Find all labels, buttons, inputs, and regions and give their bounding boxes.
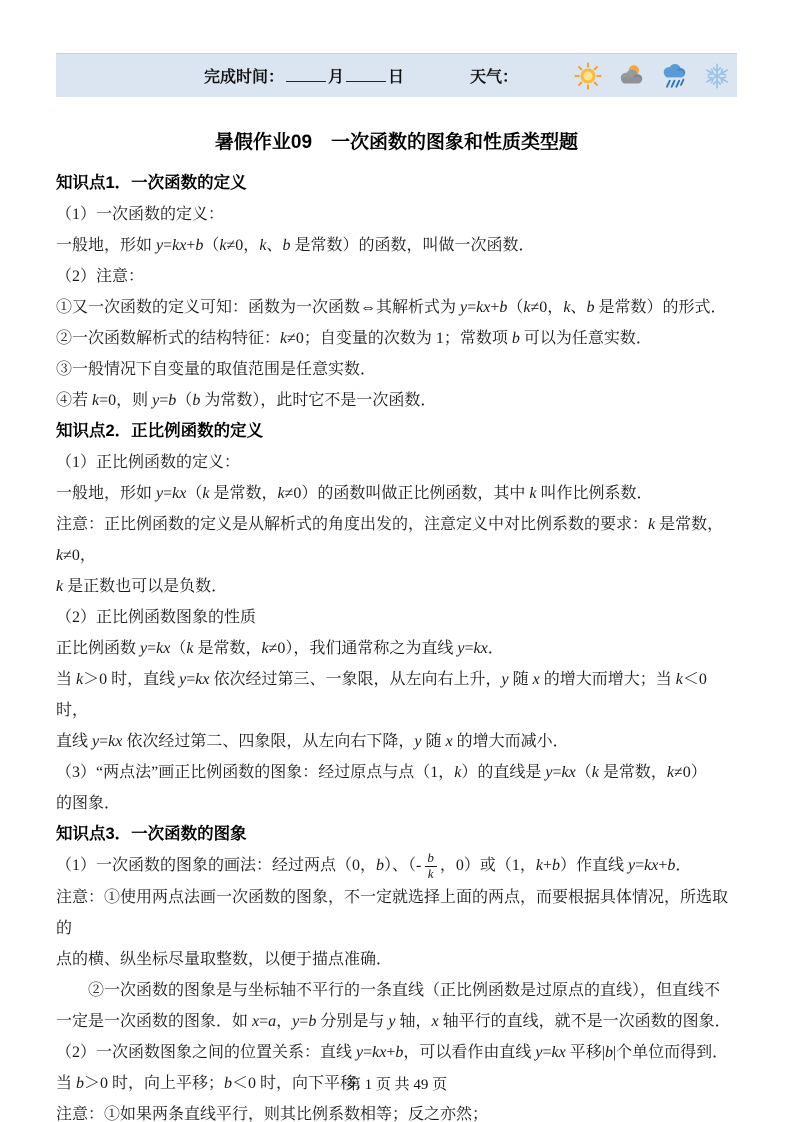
section-heading: 知识点1．一次函数的定义 [56, 168, 737, 199]
sun-icon [573, 61, 603, 91]
paragraph: 一般地，形如 y=kx+b（k≠0，k、b 是常数）的函数，叫做一次函数． [56, 230, 737, 261]
paragraph: （2）正比例函数图象的性质 [56, 602, 737, 633]
paragraph: （1）一次函数的图象的画法：经过两点（0，b）、（-bk，0）或（1，k+b）作… [56, 850, 737, 882]
header-bar: 完成时间： 月 日 天气： [56, 53, 737, 97]
paragraph: 的图象． [56, 788, 737, 819]
worksheet-page: 完成时间： 月 日 天气： [0, 0, 793, 1122]
paragraph: 正比例函数 y=kx（k 是常数，k≠0），我们通常称之为直线 y=kx． [56, 633, 737, 664]
day-label: 日 [388, 64, 404, 87]
paragraph: 注意：正比例函数的定义是从解析式的角度出发的，注意定义中对比例系数的要求：k 是… [56, 509, 737, 571]
paragraph: k 是正数也可以是负数． [56, 571, 737, 602]
paragraph: 一般地，形如 y=kx（k 是常数，k≠0）的函数叫做正比例函数，其中 k 叫作… [56, 478, 737, 509]
paragraph: （1）正比例函数的定义： [56, 447, 737, 478]
paragraph: ①又一次函数的定义可知：函数为一次函数⇔其解析式为 y=kx+b（k≠0，k、b… [56, 292, 737, 323]
weather-icon-group [573, 61, 737, 91]
completion-time-label: 完成时间： [204, 64, 284, 87]
day-blank [346, 67, 386, 82]
weather-label: 天气： [470, 64, 518, 87]
paragraph: ③一般情况下自变量的取值范围是任意实数． [56, 354, 737, 385]
paragraph: 点的横、纵坐标尽量取整数，以便于描点准确． [56, 944, 737, 975]
page-title: 暑假作业09 一次函数的图象和性质类型题 [56, 126, 737, 159]
paragraph: ②一次函数解析式的结构特征：k≠0；自变量的次数为 1；常数项 b 可以为任意实… [56, 323, 737, 354]
paragraph: ②一次函数的图象是与坐标轴不平行的一条直线（正比例函数是过原点的直线），但直线不 [56, 975, 737, 1006]
month-blank [286, 67, 326, 82]
paragraph: 当 k＞0 时，直线 y=kx 依次经过第三、一象限，从左向右上升，y 随 x … [56, 664, 737, 726]
paragraph: 直线 y=kx 依次经过第二、四象限，从左向右下降，y 随 x 的增大而减小． [56, 726, 737, 757]
partly-cloudy-icon [616, 61, 646, 91]
page-number-indicator: 第 1 页 共 49 页 [0, 1073, 793, 1094]
paragraph: （2）注意： [56, 261, 737, 292]
paragraph: 一定是一次函数的图象．如 x=a，y=b 分别是与 y 轴，x 轴平行的直线，就… [56, 1006, 737, 1037]
snowflake-icon [702, 61, 732, 91]
paragraph: （3）“两点法”画正比例函数的图象：经过原点与点（1，k）的直线是 y=kx（k… [56, 757, 737, 788]
paragraph: 注意：①使用两点法画一次函数的图象，不一定就选择上面的两点，而要根据具体情况，所… [56, 882, 737, 944]
section-heading: 知识点2．正比例函数的定义 [56, 416, 737, 447]
document-body: 知识点1．一次函数的定义（1）一次函数的定义：一般地，形如 y=kx+b（k≠0… [56, 168, 737, 1122]
completion-time-field: 完成时间： 月 日 [204, 64, 404, 87]
month-label: 月 [328, 64, 344, 87]
paragraph: （1）一次函数的定义： [56, 199, 737, 230]
paragraph: 注意：①如果两条直线平行，则其比例系数相等；反之亦然； [56, 1099, 737, 1122]
section-heading: 知识点3．一次函数的图象 [56, 819, 737, 850]
paragraph: ④若 k=0，则 y=b（b 为常数），此时它不是一次函数． [56, 385, 737, 416]
rain-icon [659, 61, 689, 91]
paragraph: （2）一次函数图象之间的位置关系：直线 y=kx+b，可以看作由直线 y=kx … [56, 1037, 737, 1068]
